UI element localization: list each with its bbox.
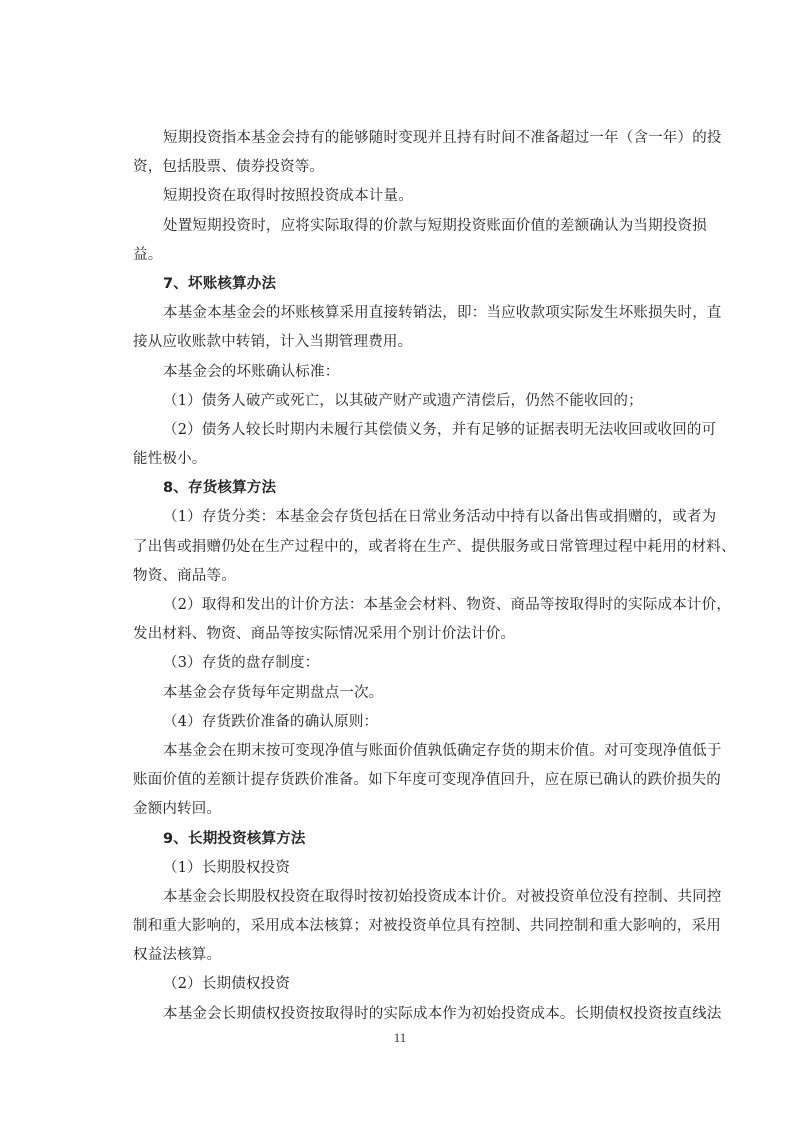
section-heading-inventory: 8、存货核算方法 [133,474,666,503]
list-item: （1）存货分类：本基金会存货包括在日常业务活动中持有以备出售或捐赠的，或者为 [133,503,666,532]
paragraph-line: 资，包括股票、债券投资等。 [133,153,666,182]
page-number: 11 [0,1030,800,1046]
paragraph-line: 金额内转回。 [133,795,666,824]
list-item: （2）债务人较长时期内未履行其偿债义务，并有足够的证据表明无法收回或收回的可 [133,416,666,445]
paragraph-line: 益。 [133,241,666,270]
paragraph-line: 了出售或捐赠仍处在生产过程中的，或者将在生产、提供服务或日常管理过程中耗用的材料… [133,533,666,562]
list-item: （4）存货跌价准备的确认原则： [133,708,666,737]
paragraph-line: 制和重大影响的，采用成本法核算；对被投资单位具有控制、共同控制和重大影响的，采用 [133,912,666,941]
paragraph-line: 权益法核算。 [133,941,666,970]
paragraph-line: 接从应收账款中转销，计入当期管理费用。 [133,328,666,357]
list-item: （1）债务人破产或死亡，以其破产财产或遗产清偿后，仍然不能收回的； [133,387,666,416]
paragraph-line: 物资、商品等。 [133,562,666,591]
paragraph-line: 本基金会存货每年定期盘点一次。 [133,679,666,708]
list-item: （3）存货的盘存制度： [133,649,666,678]
paragraph-line: 能性极小。 [133,445,666,474]
paragraph-line: 本基金会的坏账确认标准： [133,358,666,387]
paragraph-line: 账面价值的差额计提存货跌价准备。如下年度可变现净值回升，应在原已确认的跌价损失的 [133,766,666,795]
paragraph-line: 本基金会长期债权投资按取得时的实际成本作为初始投资成本。长期债权投资按直线法 [133,1000,666,1029]
paragraph-line: 处置短期投资时，应将实际取得的价款与短期投资账面价值的差额确认为当期投资损 [133,212,666,241]
list-item: （2）取得和发出的计价方法：本基金会材料、物资、商品等按取得时的实际成本计价， [133,591,666,620]
paragraph-line: 本基金本基金会的坏账核算采用直接转销法，即：当应收款项实际发生坏账损失时，直 [133,299,666,328]
subsection-heading: （1）长期股权投资 [133,854,666,883]
subsection-heading: （2）长期债权投资 [133,970,666,999]
paragraph-line: 本基金会在期末按可变现净值与账面价值孰低确定存货的期末价值。对可变现净值低于 [133,737,666,766]
paragraph-line: 短期投资在取得时按照投资成本计量。 [133,182,666,211]
section-heading-long-term-investment: 9、长期投资核算方法 [133,825,666,854]
section-heading-bad-debt: 7、坏账核算办法 [133,270,666,299]
paragraph-line: 本基金会长期股权投资在取得时按初始投资成本计价。对被投资单位没有控制、共同控 [133,883,666,912]
paragraph-line: 发出材料、物资、商品等按实际情况采用个别计价法计价。 [133,620,666,649]
document-body: 短期投资指本基金会持有的能够随时变现并且持有时间不准备超过一年（含一年）的投 资… [133,124,666,1029]
paragraph-line: 短期投资指本基金会持有的能够随时变现并且持有时间不准备超过一年（含一年）的投 [133,124,666,153]
